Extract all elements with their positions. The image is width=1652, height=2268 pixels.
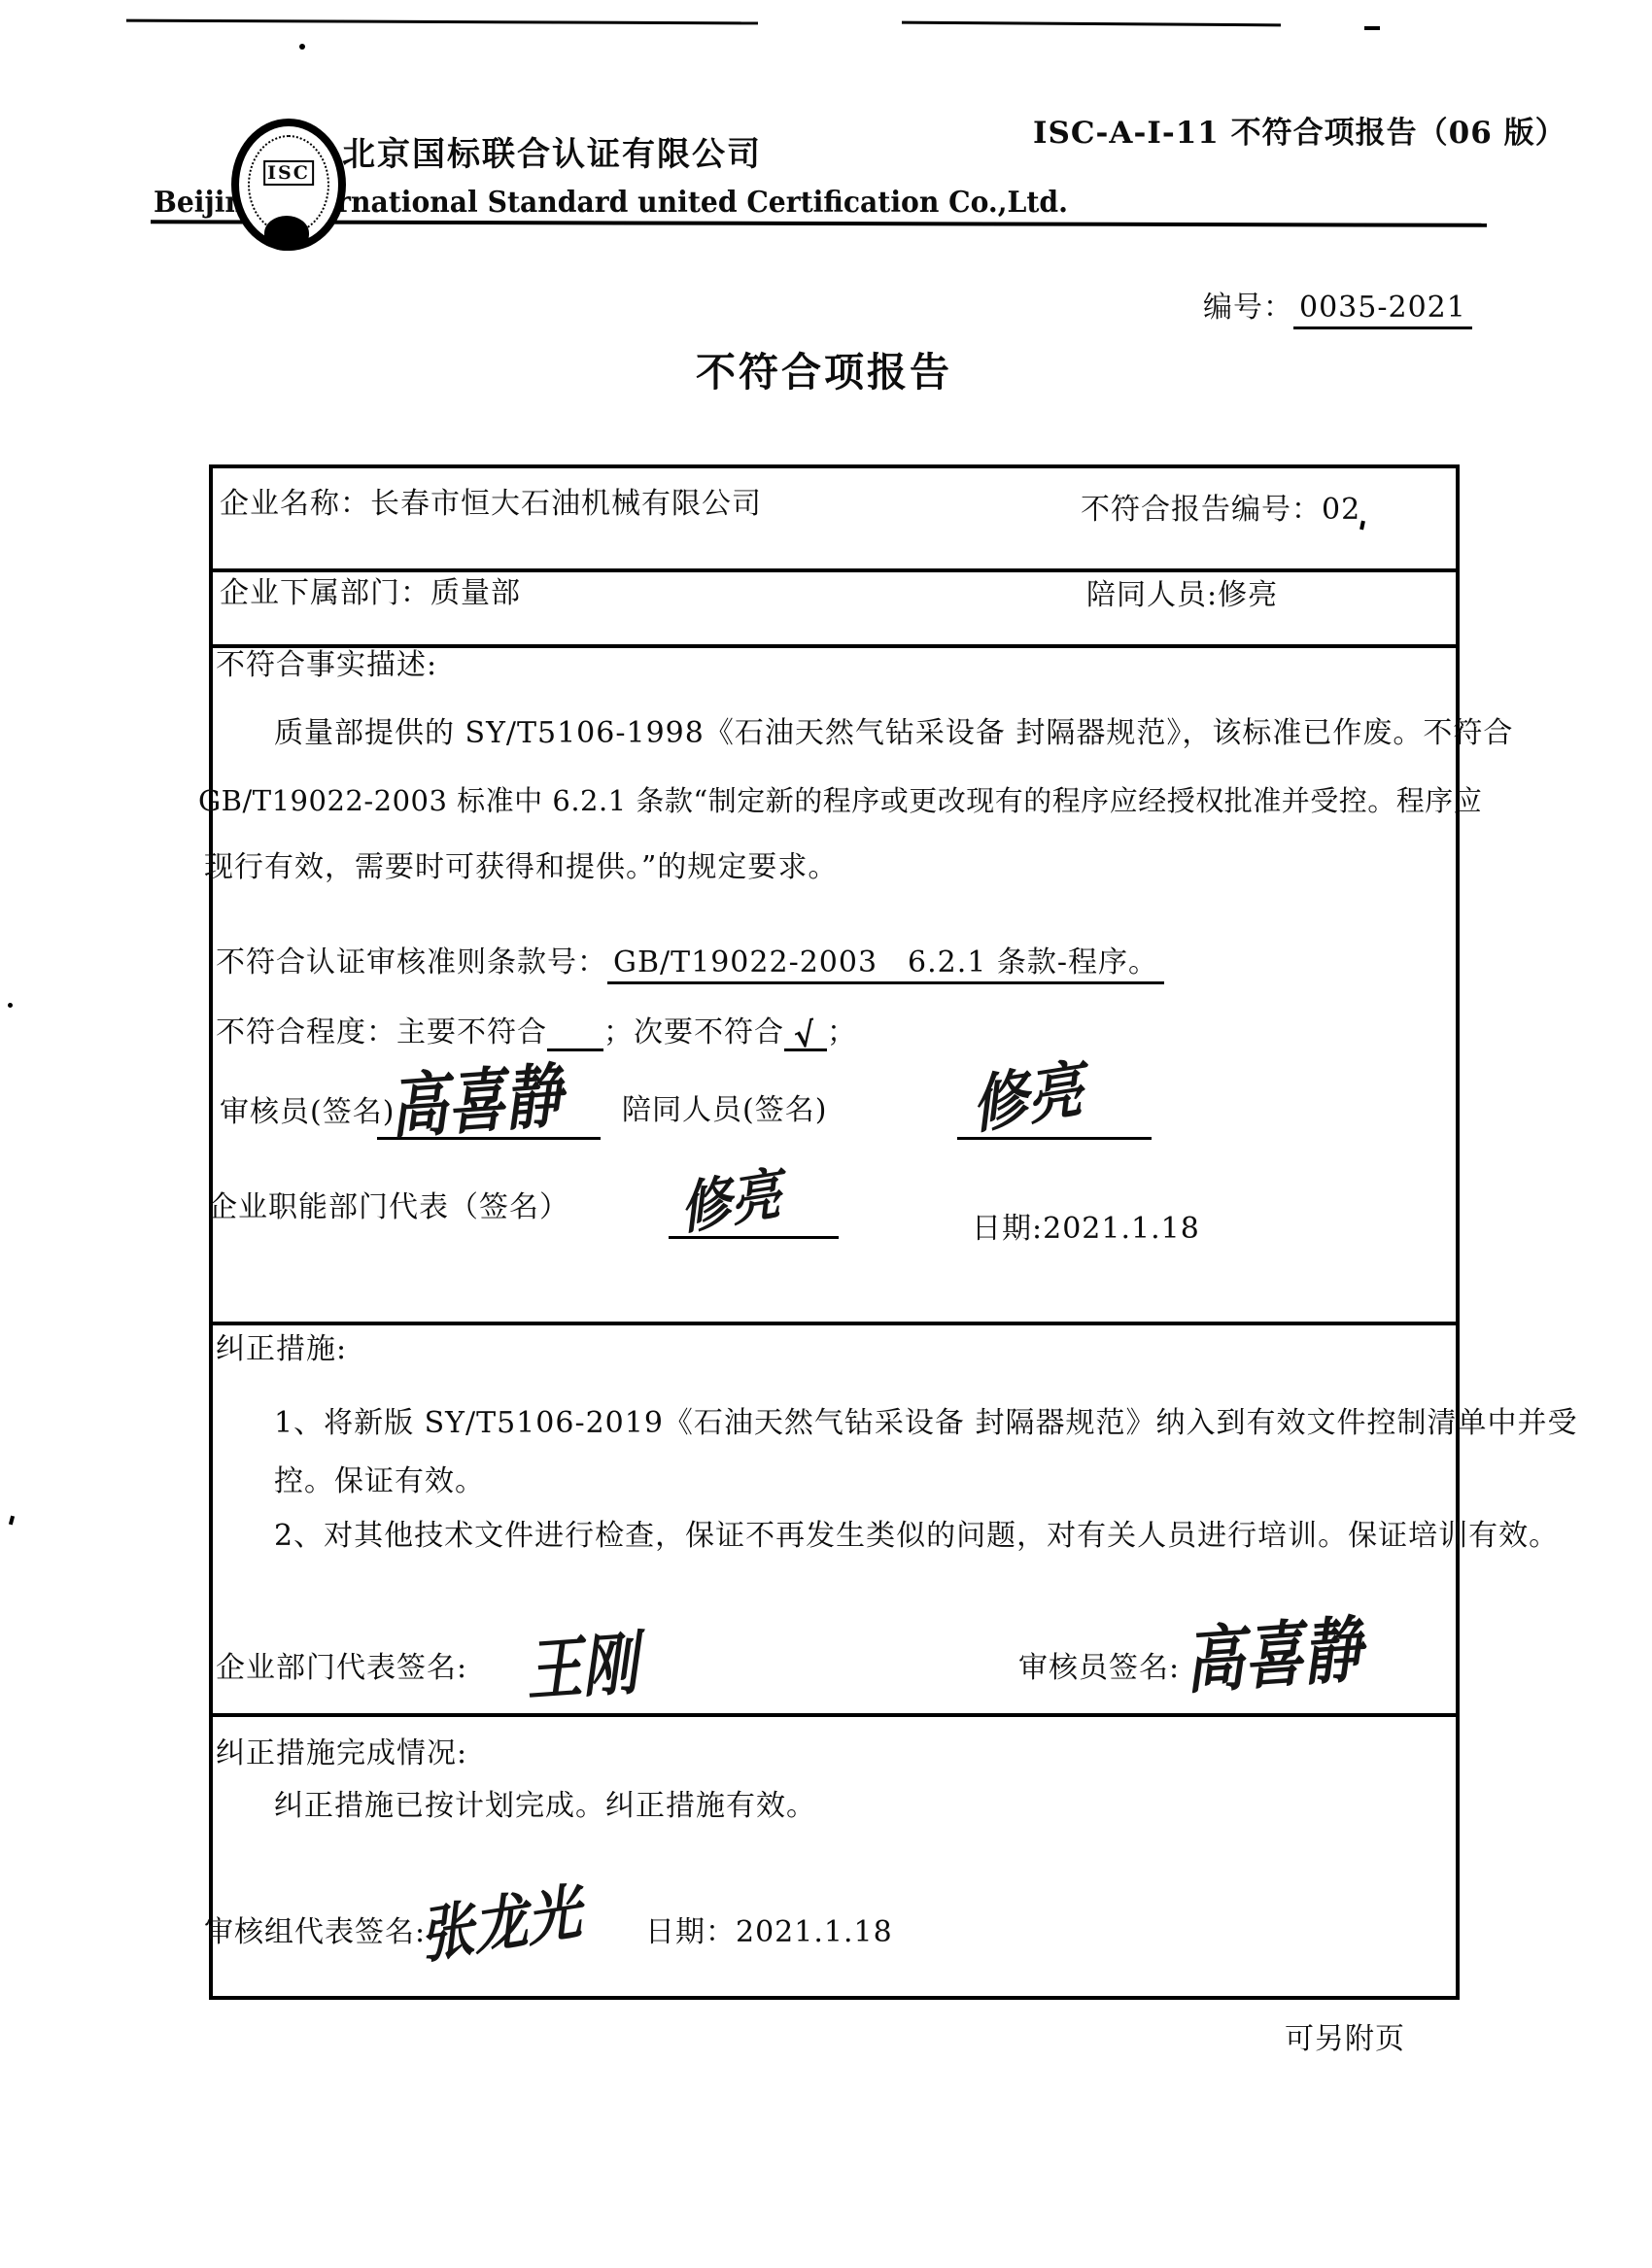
isc-logo-ink-blob	[264, 216, 309, 251]
dept-rep-signature: 修亮	[680, 1146, 791, 1246]
scan-artifact	[126, 19, 758, 25]
correction-heading: 纠正措施:	[216, 1331, 347, 1368]
isc-logo-text: ISC	[263, 160, 314, 186]
auditor-signature: 高喜静	[389, 1038, 574, 1152]
clause-value: GB/T19022-2003 6.2.1 条款-程序。	[607, 945, 1164, 984]
escort-signature: 修亮	[972, 1037, 1093, 1147]
report-number-value: 02	[1322, 493, 1360, 527]
department-field: 企业下属部门：质量部	[220, 575, 521, 612]
serial-label: 编号：	[1203, 291, 1293, 325]
completion-body: 纠正措施已按计划完成。纠正措施有效。	[274, 1788, 816, 1825]
clause-field: 不符合认证审核准则条款号：GB/T19022-2003 6.2.1 条款-程序。	[216, 945, 1164, 981]
clause-label: 不符合认证审核准则条款号：	[216, 945, 607, 979]
fact-line: GB/T19022-2003 标准中 6.2.1 条款“制定新的程序或更改现有的…	[198, 783, 1482, 818]
enterprise-name-value: 长春市恒大石油机械有限公司	[370, 487, 762, 521]
dept-sign-label: 企业部门代表签名:	[216, 1650, 467, 1687]
correction-line: 控。保证有效。	[274, 1463, 485, 1500]
escort-value: 修亮	[1218, 578, 1278, 612]
header-rule	[151, 220, 1487, 227]
scan-artifact	[902, 21, 1281, 27]
fact-heading: 不符合事实描述:	[216, 647, 437, 684]
dept-signature: 王刚	[525, 1608, 650, 1715]
auditor-sign-label: 审核员(签名)	[220, 1094, 395, 1131]
footer-note: 可另附页	[1285, 2021, 1405, 2058]
fact-date: 日期:2021.1.18	[972, 1211, 1200, 1248]
report-number-field: 不符合报告编号：02	[1081, 492, 1360, 529]
scan-artifact	[299, 44, 305, 50]
serial-value: 0035-2021	[1293, 291, 1472, 329]
report-number-label: 不符合报告编号：	[1081, 493, 1322, 527]
fact-line: 现行有效，需要时可获得和提供。”的规定要求。	[204, 849, 838, 886]
isc-logo-icon: ISC	[231, 119, 346, 251]
correction-line: 1、将新版 SY/T5106-2019《石油天然气钻采设备 封隔器规范》纳入到有…	[274, 1405, 1577, 1442]
scanned-document-page: 北京国标联合认证有限公司 Beijing International Stand…	[0, 0, 1652, 2268]
dept-rep-sign-label: 企业职能部门代表（签名）	[208, 1189, 569, 1226]
scan-artifact	[8, 1003, 13, 1008]
row-separator	[209, 1713, 1460, 1717]
doc-code: ISC-A-I-11 不符合项报告（06 版）	[1033, 115, 1566, 153]
department-label: 企业下属部门：	[220, 576, 430, 610]
degree-middle: ；次要不符合	[603, 1015, 784, 1049]
escort-sign-label: 陪同人员(签名)	[622, 1092, 827, 1129]
scan-artifact	[9, 1516, 15, 1526]
row-separator	[209, 1322, 1460, 1325]
page-title: 不符合项报告	[696, 348, 952, 397]
completion-date: 日期：2021.1.18	[645, 1914, 893, 1951]
auditor-sign-label2: 审核员签名:	[1018, 1650, 1180, 1687]
escort-field: 陪同人员:修亮	[1086, 577, 1278, 614]
department-value: 质量部	[430, 576, 521, 610]
enterprise-name-field: 企业名称：长春市恒大石油机械有限公司	[220, 486, 762, 523]
escort-label: 陪同人员:	[1086, 578, 1218, 612]
completion-heading: 纠正措施完成情况:	[216, 1735, 467, 1772]
completion-date-label: 日期：	[645, 1915, 736, 1949]
scan-artifact	[1364, 26, 1380, 30]
minor-check-line: √	[784, 1015, 827, 1051]
auditor-signature2: 高喜静	[1184, 1592, 1375, 1708]
completion-date-value: 2021.1.18	[736, 1915, 893, 1949]
team-rep-sign-label: 审核组代表签名:	[204, 1914, 426, 1951]
fact-line: 质量部提供的 SY/T5106-1998《石油天然气钻采设备 封隔器规范》，该标…	[274, 715, 1513, 752]
serial-number: 编号：0035-2021	[1203, 290, 1472, 326]
company-name-cn: 北京国标联合认证有限公司	[342, 134, 762, 176]
correction-line: 2、对其他技术文件进行检查，保证不再发生类似的问题，对有关人员进行培训。保证培训…	[274, 1518, 1559, 1555]
row-separator	[209, 568, 1460, 572]
check-mark: √	[791, 1014, 819, 1057]
enterprise-name-label: 企业名称：	[220, 487, 370, 521]
degree-suffix: ；	[827, 1015, 857, 1049]
